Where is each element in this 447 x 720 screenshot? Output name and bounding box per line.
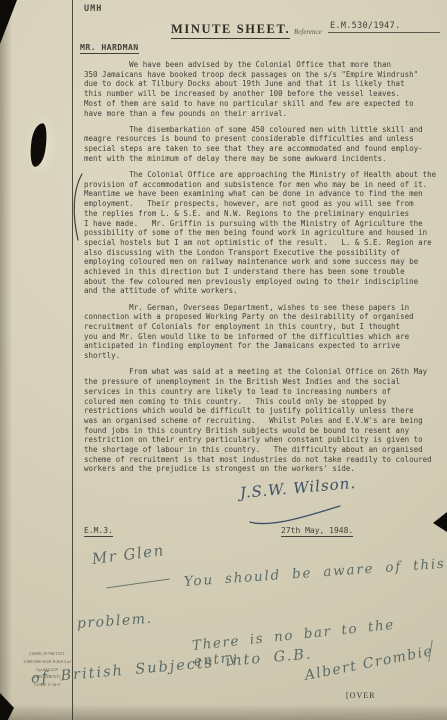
- typed-line: The Colonial Office are approaching the …: [84, 170, 442, 180]
- scanned-minute-sheet: UMH MINUTE SHEET. Reference E.M.530/1947…: [0, 0, 447, 720]
- typed-line: and the attitude of white workers.: [84, 286, 442, 296]
- wilson-signature-flourish: [236, 504, 348, 526]
- typed-line: you and Mr. Glen would like to be inform…: [84, 332, 442, 342]
- typed-line: ment with the minimum of delay there may…: [84, 154, 442, 164]
- form-print-line: Gp.644/229: [20, 666, 74, 674]
- typed-line: employing coloured men on railway mainte…: [84, 257, 442, 267]
- typed-line: I have made. Mr. Griffin is pursuing wit…: [84, 219, 442, 229]
- form-print-line: 2,000,000 8/48 JC&S Ltd: [20, 658, 74, 666]
- form-print-line: (REGIMENT): [20, 673, 74, 681]
- typed-line: found jobs in this country British subje…: [84, 426, 442, 436]
- typed-line: colured men coming to this country. This…: [84, 397, 442, 407]
- form-print-line: CODE 5-34-0: [20, 681, 74, 689]
- typed-line: achieved in this direction but I underst…: [84, 267, 442, 277]
- typed-line: anticipated in finding employment for th…: [84, 341, 442, 351]
- paragraph: Mr. German, Overseas Department, wishes …: [84, 303, 442, 361]
- bottom-edge-shadow: [0, 704, 447, 720]
- reference-number: E.M.530/1947.: [328, 21, 440, 33]
- typed-line: was an organised scheme of recruiting. W…: [84, 416, 442, 426]
- reference-label: Reference: [294, 28, 322, 36]
- document-title: MINUTE SHEET.: [171, 22, 290, 39]
- typed-line: shortly.: [84, 351, 442, 361]
- paragraph: The Colonial Office are approaching the …: [84, 170, 442, 296]
- paragraph: From what was said at a meeting at the C…: [84, 367, 442, 474]
- typed-line: provision of accommodation and subsisten…: [84, 180, 442, 190]
- typed-line: employment. Their prospects, however, ar…: [84, 199, 442, 209]
- minute-ref-number: E.M.3.: [84, 526, 113, 537]
- typed-line: also discussing with the London Transpor…: [84, 248, 442, 258]
- margin-rule-line: [72, 0, 73, 720]
- typed-line: Most of them are said to have no particu…: [84, 99, 442, 109]
- typed-line: services in this country are likely to l…: [84, 387, 442, 397]
- typed-line: possibility of some of the men being fou…: [84, 228, 442, 238]
- addressee-heading: MR. HARDMAN: [80, 42, 139, 54]
- form-print-block: (1609) 25796/15512,000,000 8/48 JC&S Ltd…: [20, 650, 74, 689]
- typed-line: workers and the prejudice is strongest o…: [84, 464, 442, 474]
- over-label: [OVER: [346, 691, 375, 700]
- typed-line: the shortage of labour in this country. …: [84, 445, 442, 455]
- typed-line: Meantime we have been examining what can…: [84, 189, 442, 199]
- document-date: 27th May, 1948.: [281, 526, 353, 537]
- typed-line: the replies from L. & S.E. and N.W. Regi…: [84, 209, 442, 219]
- typed-line: this number will be increased by another…: [84, 89, 442, 99]
- typed-line: We have been advised by the Colonial Off…: [84, 60, 442, 70]
- typed-line: the pressure of unemployment in the Brit…: [84, 377, 442, 387]
- typed-line: meagre resources is bound to present con…: [84, 134, 442, 144]
- typed-line: about the few coloured men previously em…: [84, 277, 442, 287]
- typed-line: due to dock at Tilbury Docks about 19th …: [84, 79, 442, 89]
- typed-line: connection with a proposed Working Party…: [84, 312, 442, 322]
- typed-line: The disembarkation of some 450 coloured …: [84, 125, 442, 135]
- typed-line: special hostels but I am not optimistic …: [84, 238, 442, 248]
- typed-line: restriction on their entry particularly …: [84, 435, 442, 445]
- corner-initials: UMH: [84, 4, 102, 14]
- margin-bracket-mark: [70, 172, 84, 242]
- typed-line: restrictions which would be difficult to…: [84, 406, 442, 416]
- left-edge-shadow: [0, 0, 12, 720]
- typed-line: 350 Jamaicans have booked troop deck pas…: [84, 70, 442, 80]
- typed-line: special steps are taken to see that they…: [84, 144, 442, 154]
- typed-line: recruitment of Colonials for employment …: [84, 322, 442, 332]
- document-body: We have been advised by the Colonial Off…: [84, 60, 442, 481]
- typed-line: have more than a few pounds on their arr…: [84, 109, 442, 119]
- typed-line: Mr. German, Overseas Department, wishes …: [84, 303, 442, 313]
- paragraph: We have been advised by the Colonial Off…: [84, 60, 442, 118]
- typed-line: scheme of recruitment is that most indus…: [84, 455, 442, 465]
- paragraph: The disembarkation of some 450 coloured …: [84, 125, 442, 164]
- form-print-line: (1609) 25796/1551: [20, 650, 74, 658]
- typed-line: From what was said at a meeting at the C…: [84, 367, 442, 377]
